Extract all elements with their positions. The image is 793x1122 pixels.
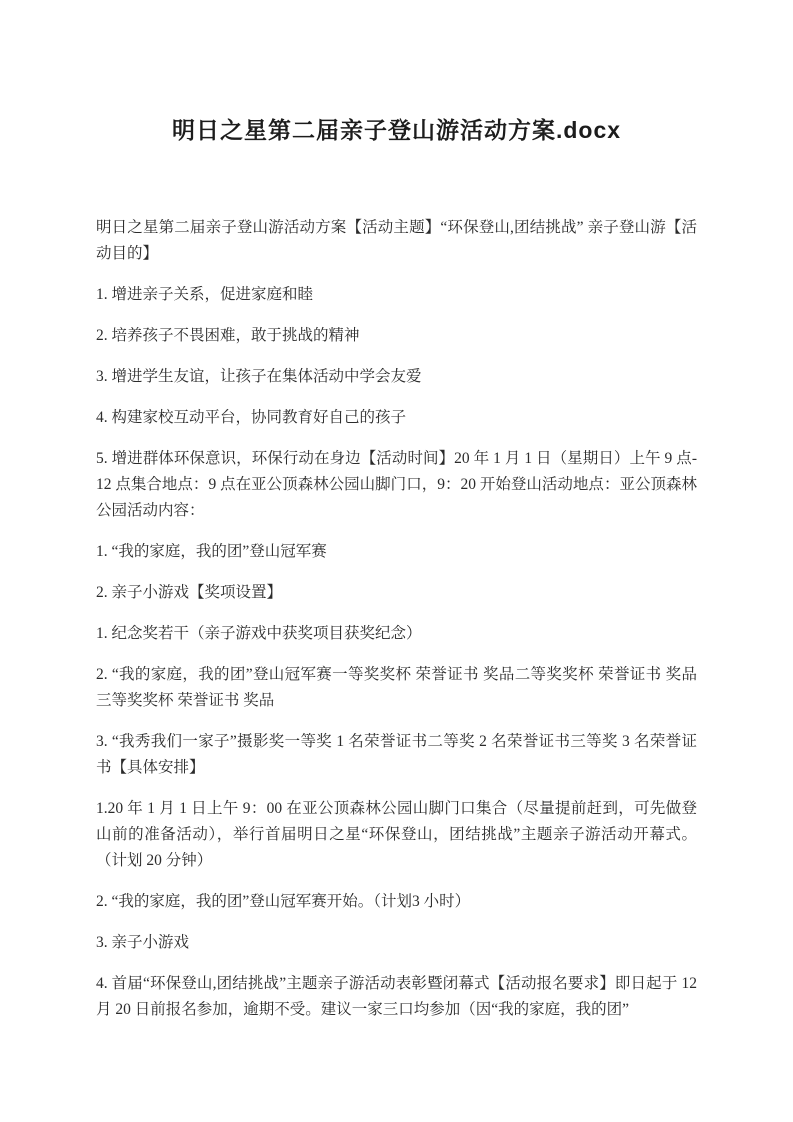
paragraph-goal-4: 4. 构建家校互动平台，协同教育好自己的孩子 — [96, 405, 697, 431]
paragraph-schedule-3: 3. 亲子小游戏 — [96, 930, 697, 956]
paragraph-award-1: 1. 纪念奖若干（亲子游戏中获奖项目获奖纪念） — [96, 621, 697, 647]
paragraph-award-3: 3. “我秀我们一家子”摄影奖一等奖 1 名荣誉证书二等奖 2 名荣誉证书三等奖… — [96, 729, 697, 781]
paragraph-schedule-2: 2. “我的家庭，我的团”登山冠军赛开始。（计划3 小时） — [96, 889, 697, 915]
paragraph-content-1: 1. “我的家庭，我的团”登山冠军赛 — [96, 539, 697, 565]
paragraph-goal-2: 2. 培养孩子不畏困难，敢于挑战的精神 — [96, 323, 697, 349]
paragraph-goal-3: 3. 增进学生友谊，让孩子在集体活动中学会友爱 — [96, 364, 697, 390]
paragraph-intro: 明日之星第二届亲子登山游活动方案【活动主题】“环保登山,团结挑战” 亲子登山游【… — [96, 215, 697, 267]
paragraph-goal-5-time: 5. 增进群体环保意识，环保行动在身边【活动时间】20 年 1 月 1 日（星期… — [96, 446, 697, 524]
document-body: 明日之星第二届亲子登山游活动方案【活动主题】“环保登山,团结挑战” 亲子登山游【… — [0, 215, 793, 1023]
document-page: 明日之星第二届亲子登山游活动方案.docx 明日之星第二届亲子登山游活动方案【活… — [0, 0, 793, 1122]
paragraph-goal-1: 1. 增进亲子关系，促进家庭和睦 — [96, 282, 697, 308]
paragraph-schedule-1: 1.20 年 1 月 1 日上午 9：00 在亚公顶森林公园山脚门口集合（尽量提… — [96, 796, 697, 874]
paragraph-award-2: 2. “我的家庭，我的团”登山冠军赛一等奖奖杯 荣誉证书 奖品二等奖奖杯 荣誉证… — [96, 662, 697, 714]
paragraph-content-2: 2. 亲子小游戏【奖项设置】 — [96, 580, 697, 606]
paragraph-schedule-4: 4. 首届“环保登山,团结挑战”主题亲子游活动表彰暨闭幕式【活动报名要求】即日起… — [96, 971, 697, 1023]
document-title: 明日之星第二届亲子登山游活动方案.docx — [0, 112, 793, 145]
